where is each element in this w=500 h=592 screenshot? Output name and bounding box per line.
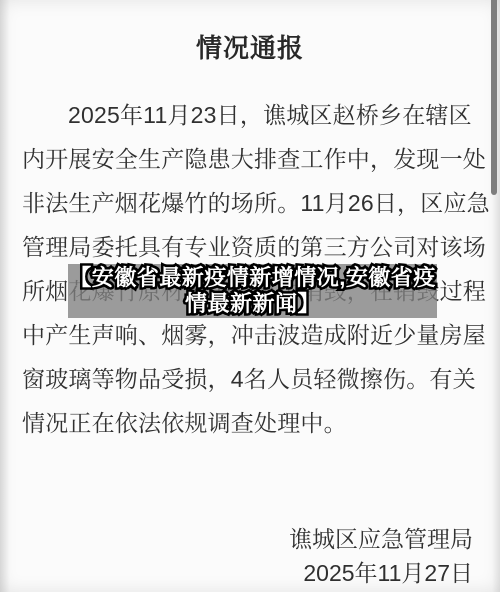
- body-line: 情况正在依法依规调查处理中。: [22, 401, 484, 445]
- caption-line-1-text: 【安徽省最新疫情新增情况,安徽省疫: [68, 265, 437, 291]
- signature-block: 谯城区应急管理局 2025年11月27日: [289, 522, 473, 590]
- caption-line-2-text: 情最新新闻】: [68, 291, 437, 317]
- caption-line-1: 【安徽省最新疫情新增情况,安徽省疫 【安徽省最新疫情新增情况,安徽省疫: [68, 265, 437, 291]
- signature-date: 2025年11月27日: [289, 556, 473, 590]
- body-line: 非法生产烟花爆竹的场所。11月26日，区应急: [22, 181, 484, 225]
- notice-document: 情况通报 2025年11月23日，谯城区赵桥乡在辖区 内开展安全生产隐患大排查工…: [0, 0, 500, 592]
- caption-overlay: 【安徽省最新疫情新增情况,安徽省疫 【安徽省最新疫情新增情况,安徽省疫 情最新新…: [68, 264, 437, 318]
- body-line: 2025年11月23日，谯城区赵桥乡在辖区: [22, 93, 484, 137]
- body-line: 窗玻璃等物品受损，4名人员轻微擦伤。有关: [22, 357, 484, 401]
- body-line: 内开展安全生产隐患大排查工作中，发现一处: [22, 137, 484, 181]
- caption-line-2: 情最新新闻】 情最新新闻】: [68, 291, 437, 317]
- scrollbar-thumb[interactable]: [491, 0, 497, 195]
- body-line: 管理局委托具有专业资质的第三方公司对该场: [22, 225, 484, 269]
- document-title: 情况通报: [0, 31, 500, 65]
- left-edge-shadow: [0, 0, 10, 592]
- signature-issuer: 谯城区应急管理局: [289, 522, 473, 556]
- body-line: 中产生声响、烟雾，冲击波造成附近少量房屋: [22, 313, 484, 357]
